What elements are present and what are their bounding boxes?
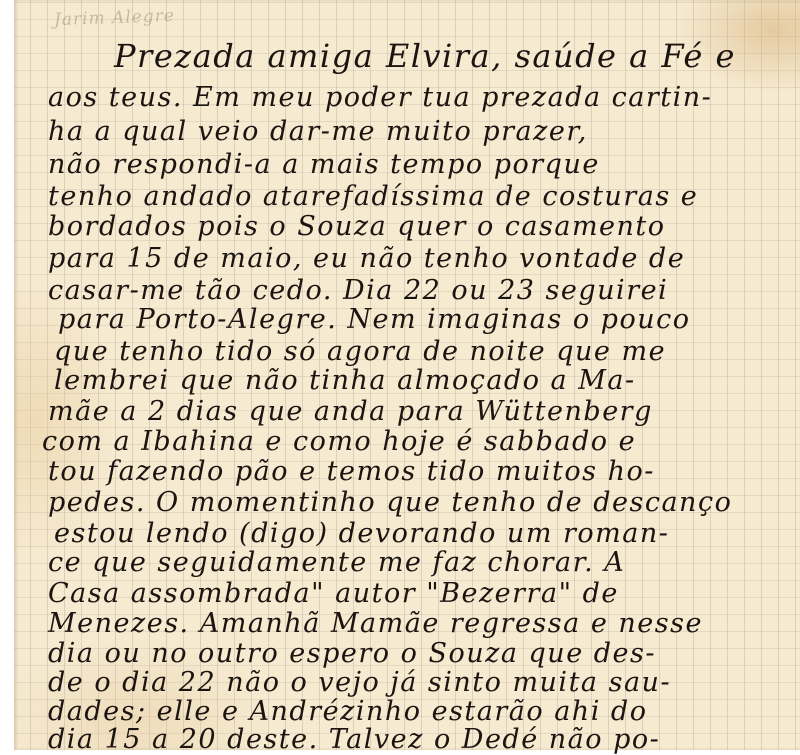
letter-line: de o dia 22 não o vejo já sinto muita sa… [48, 669, 671, 696]
letter-page: Jarim Alegre Prezada amiga Elvira, saúde… [14, 0, 800, 750]
letter-line: dia ou no outro espero o Souza que des- [48, 640, 656, 667]
letter-line: ce que seguidamente me faz chorar. A [48, 549, 625, 576]
letter-line: bordados pois o Souza quer o casamento [48, 213, 666, 240]
letter-line: Prezada amiga Elvira, saúde a Fé e [114, 40, 736, 72]
letter-line: dades; elle e Andrézinho estarão ahi do [48, 698, 647, 725]
letter-line: para 15 de maio, eu não tenho vontade de [48, 245, 685, 272]
letter-line: que tenho tido só agora de noite que me [54, 338, 666, 365]
letter-line: mãe a 2 dias que anda para Wüttenberg [48, 398, 653, 425]
bleed-through-text: Jarim Alegre [54, 6, 176, 30]
letter-line: não respondi-a a mais tempo porque [48, 151, 600, 178]
letter-line: casar-me tão cedo. Dia 22 ou 23 seguirei [48, 277, 668, 304]
letter-line: aos teus. Em meu poder tua prezada carti… [48, 84, 712, 111]
letter-line: tou fazendo pão e temos tido muitos ho- [48, 458, 655, 485]
letter-line: dia 15 a 20 deste. Talvez o Dedé não po- [48, 726, 660, 750]
letter-line: Casa assombrada" autor "Bezerra" de [48, 580, 619, 607]
letter-line: tenho andado atarefadíssima de costuras … [48, 183, 698, 210]
letter-line: com a Ibahina e como hoje é sabbado e [42, 428, 636, 455]
letter-line: ha a qual veio dar-me muito prazer, [48, 118, 588, 145]
letter-line: para Porto-Alegre. Nem imaginas o pouco [58, 306, 691, 333]
letter-line: estou lendo (digo) devorando um roman- [54, 520, 669, 547]
letter-line: pedes. O momentinho que tenho de descanç… [48, 489, 732, 516]
letter-line: lembrei que não tinha almoçado a Ma- [54, 367, 636, 394]
letter-line: Menezes. Amanhã Mamãe regressa e nesse [48, 610, 703, 637]
